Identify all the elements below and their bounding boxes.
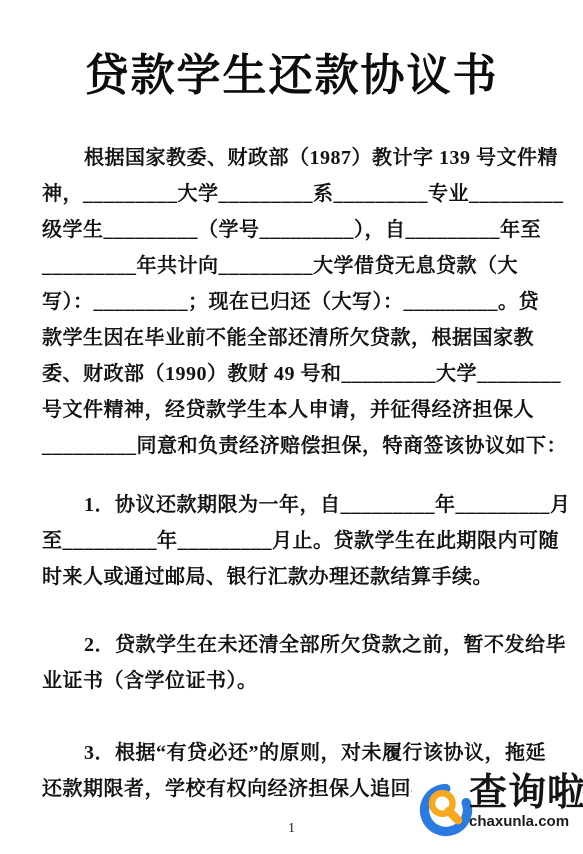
document-body: 根据国家教委、财政部（1987）教计字 139 号文件精 神，_________… [0, 140, 583, 807]
text-line: _________年共计向_________大学借贷无息贷款（大 [42, 248, 545, 284]
clause-2-paragraph: 2．贷款学生在未还清全部所欠贷款之前，暂不发给毕 业证书（含学位证书）。 [42, 627, 545, 699]
text-line: 2．贷款学生在未还清全部所欠贷款之前，暂不发给毕 [42, 627, 545, 663]
text-line: 级学生_________（学号_________），自_________年至 [42, 212, 545, 248]
text-line: 神，_________大学_________系_________专业______… [42, 176, 545, 212]
text-line: 业证书（含学位证书）。 [42, 663, 545, 699]
logo-magnifier-handle [449, 811, 458, 820]
text-line: _________同意和负责经济赔偿担保，特商签该协议如下： [42, 428, 545, 464]
text-line: 委、财政部（1990）教财 49 号和_________大学________ [42, 356, 545, 392]
watermark-text: 查询啦 chaxunla.com [469, 772, 583, 830]
text-line: 至_________年_________月止。贷款学生在此期限内可随 [42, 523, 545, 559]
page-title: 贷款学生还款协议书 [0, 50, 583, 102]
intro-paragraph: 根据国家教委、财政部（1987）教计字 139 号文件精 神，_________… [42, 140, 545, 464]
text-line: 时来人或通过邮局、银行汇款办理还款结算手续。 [42, 559, 545, 595]
text-line: 号文件精神，经贷款学生本人申请，并征得经济担保人 [42, 392, 545, 428]
watermark-domain: chaxunla.com [469, 814, 583, 830]
clause-1-paragraph: 1．协议还款期限为一年，自_________年_________月 至_____… [42, 487, 545, 595]
text-line: 3．根据“有贷必还”的原则，对未履行该协议，拖延 [42, 735, 545, 771]
text-line: 根据国家教委、财政部（1987）教计字 139 号文件精 [42, 140, 545, 176]
document-page: 贷款学生还款协议书 根据国家教委、财政部（1987）教计字 139 号文件精 神… [0, 0, 583, 854]
magnifier-logo-icon [418, 782, 474, 838]
chaxunla-watermark: 查询啦 chaxunla.com [412, 770, 583, 840]
text-line: 款学生因在毕业前不能全部还清所欠贷款，根据国家教 [42, 320, 545, 356]
text-line: 1．协议还款期限为一年，自_________年_________月 [42, 487, 545, 523]
text-line: 写）：_________；现在已归还（大写）：_________。贷 [42, 284, 545, 320]
watermark-brand: 查询啦 [469, 772, 583, 814]
